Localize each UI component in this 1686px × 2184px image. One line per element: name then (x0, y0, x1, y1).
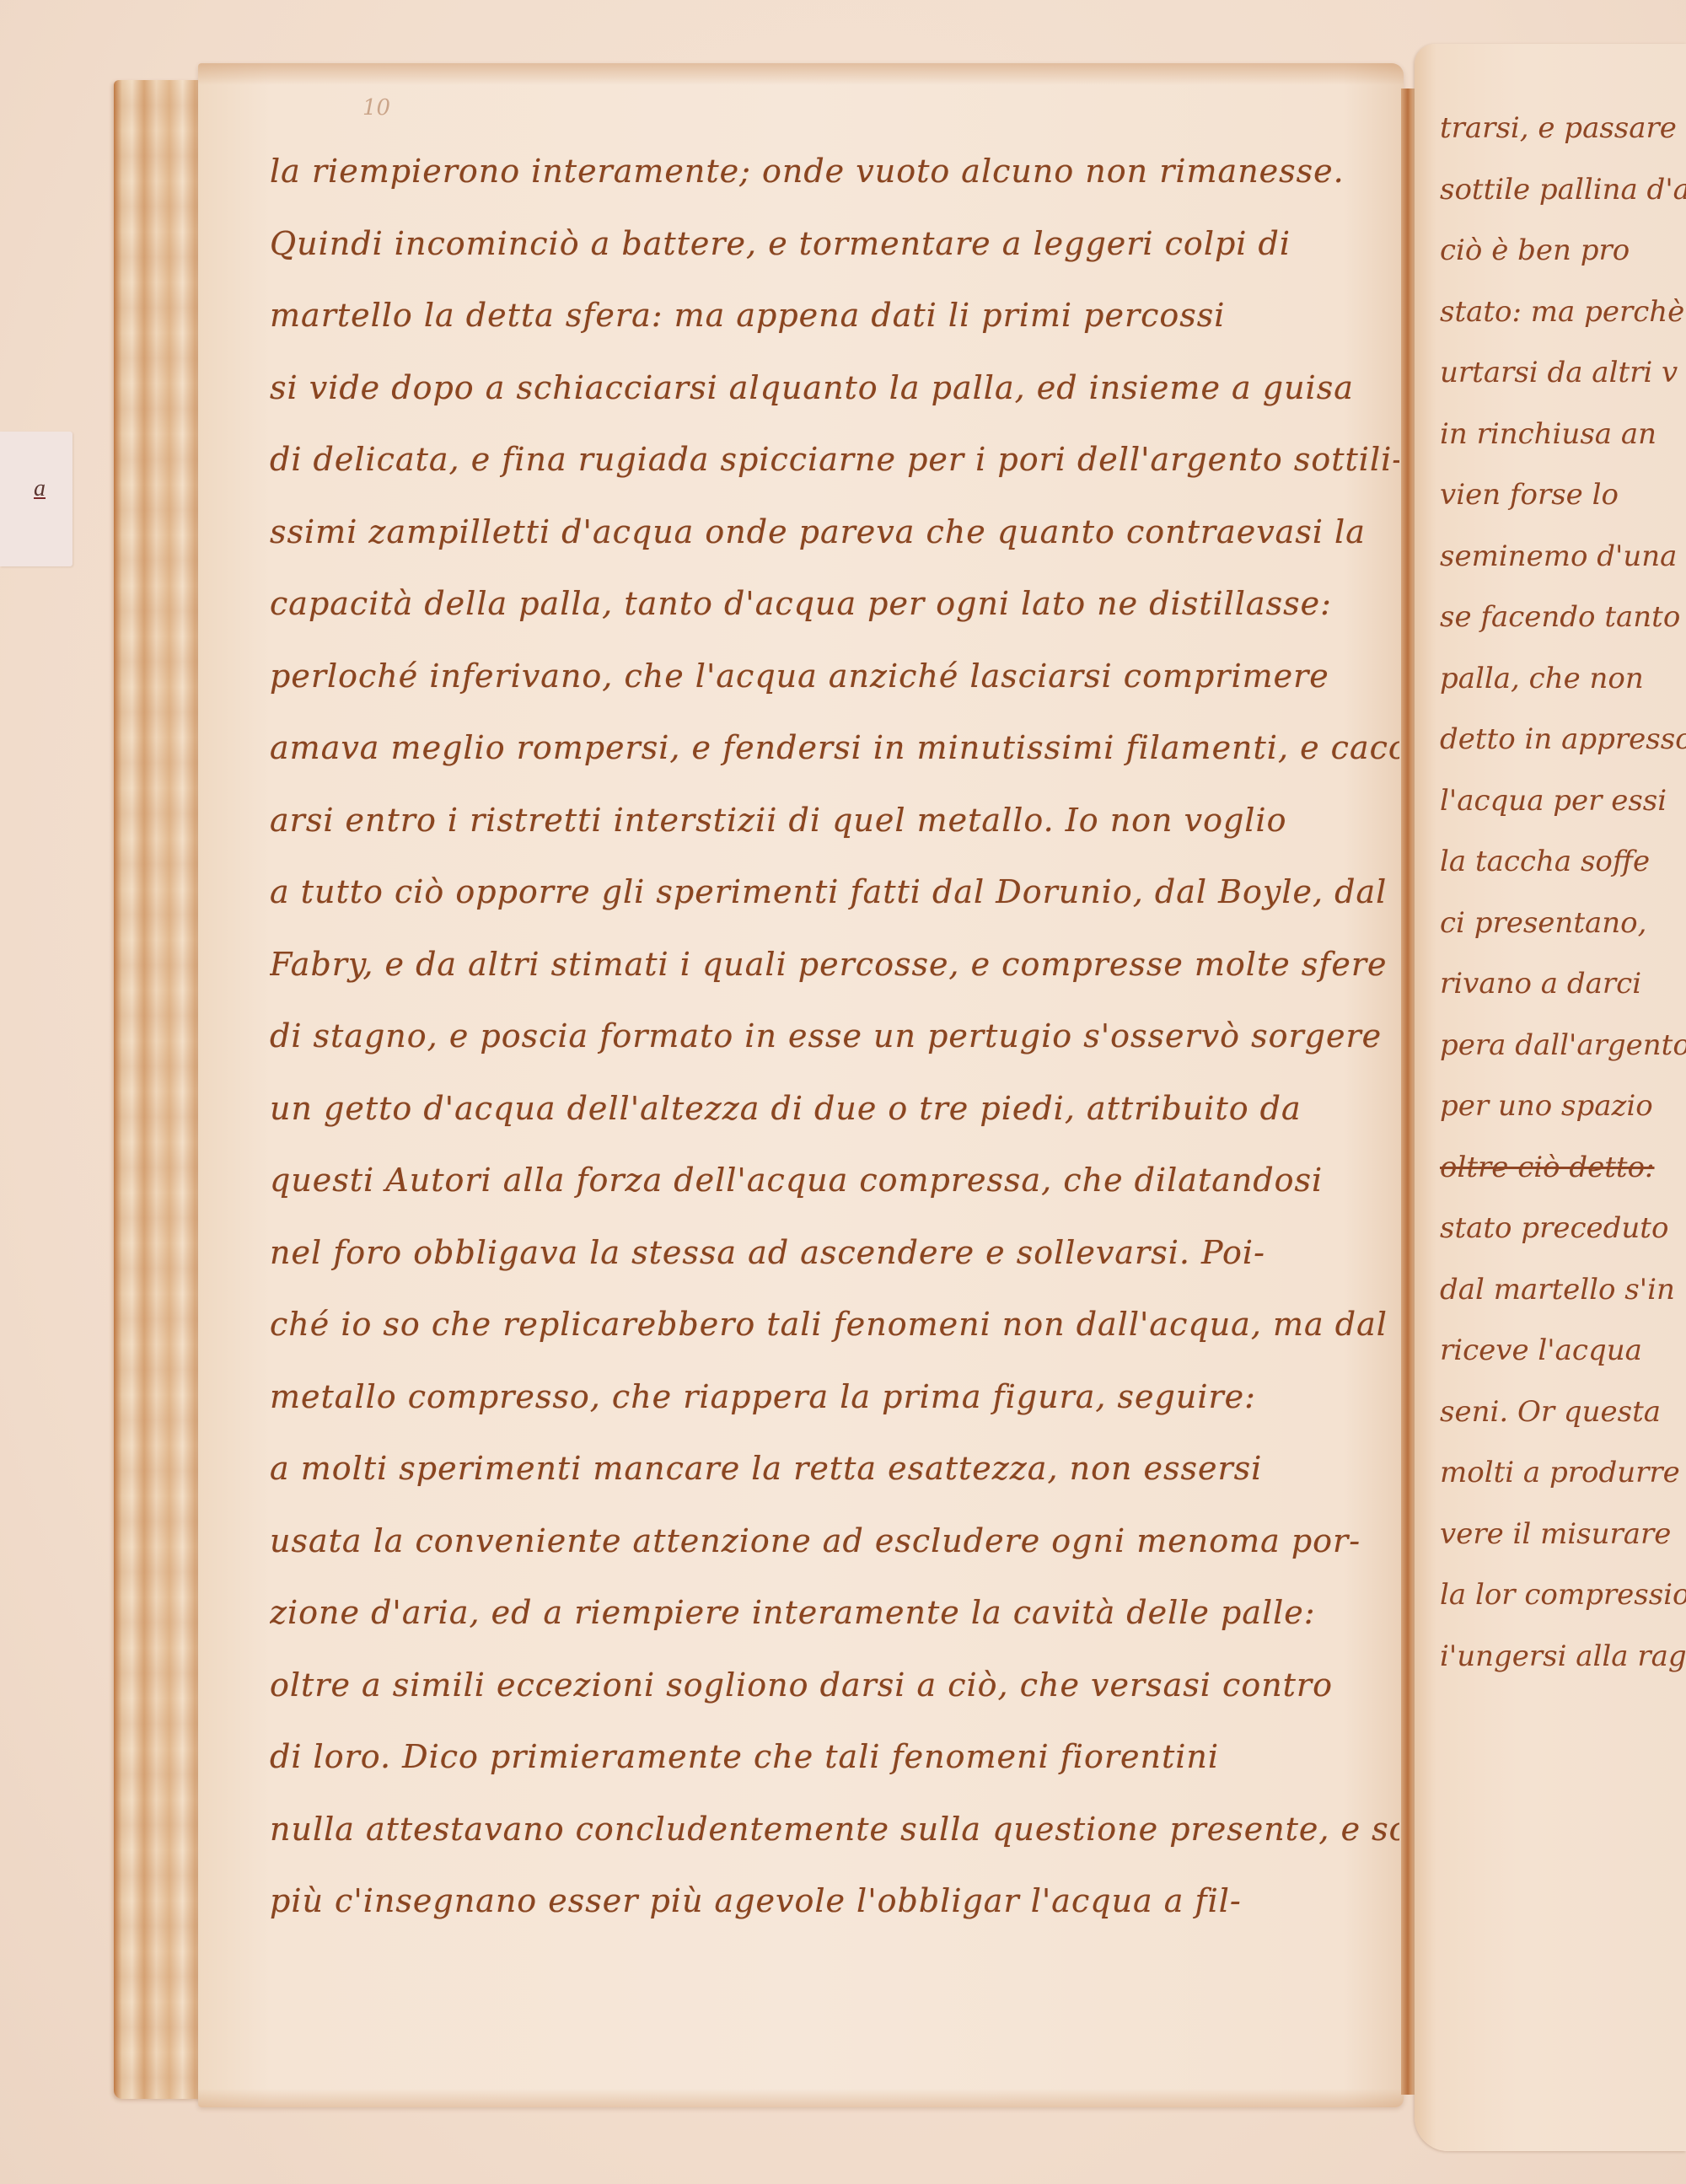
manuscript-line: questi Autori alla forza dell'acqua comp… (270, 1155, 1399, 1227)
manuscript-line: martello la detta sfera: ma appena dati … (270, 290, 1399, 362)
manuscript-line: vere il misurare (1440, 1511, 1686, 1572)
manuscript-line: stato preceduto (1440, 1205, 1686, 1266)
right-page: trarsi, e passare sottile pallina d'arg … (1415, 44, 1686, 2151)
manuscript-line: perloché inferivano, che l'acqua anziché… (270, 651, 1399, 723)
manuscript-line: molti a produrre (1440, 1449, 1686, 1511)
manuscript-line: di stagno, e poscia formato in esse un p… (270, 1011, 1399, 1083)
manuscript-scan: a 10 la riempierono interamente; onde vu… (0, 0, 1686, 2184)
manuscript-line: ssimi zampilletti d'acqua onde pareva ch… (270, 507, 1399, 579)
manuscript-line: urtarsi da altri v (1440, 349, 1686, 411)
left-page: 10 la riempierono interamente; onde vuot… (198, 63, 1404, 2107)
page-number: 10 (362, 95, 390, 121)
manuscript-line: metallo compresso, che riappera la prima… (270, 1371, 1399, 1444)
manuscript-line: ci presentano, (1440, 899, 1686, 961)
manuscript-line: detto in appresso (1440, 716, 1686, 777)
manuscript-line: ché io so che replicarebbero tali fenome… (270, 1299, 1399, 1371)
manuscript-line: per uno spazio (1440, 1082, 1686, 1144)
manuscript-line: la lor compressione (1440, 1571, 1686, 1633)
manuscript-line: i'ungersi alla rag (1440, 1633, 1686, 1694)
manuscript-line: trarsi, e passare (1440, 105, 1686, 166)
struck-through-line: oltre ciò detto: (1440, 1144, 1686, 1205)
manuscript-line: a molti sperimenti mancare la retta esat… (270, 1443, 1399, 1516)
manuscript-line: Fabry, e da altri stimati i quali percos… (270, 939, 1399, 1012)
left-page-text: la riempierono interamente; onde vuoto a… (270, 146, 1399, 1948)
manuscript-line: di loro. Dico primieramente che tali fen… (270, 1731, 1399, 1804)
manuscript-line: amava meglio rompersi, e fendersi in min… (270, 722, 1399, 795)
manuscript-line: pera dall'argento (1440, 1022, 1686, 1083)
manuscript-line: arsi entro i ristretti interstizii di qu… (270, 795, 1399, 867)
manuscript-line: a tutto ciò opporre gli sperimenti fatti… (270, 867, 1399, 939)
manuscript-line: capacità della palla, tanto d'acqua per … (270, 578, 1399, 651)
manuscript-line: ciò è ben pro (1440, 227, 1686, 288)
manuscript-line: seni. Or questa (1440, 1388, 1686, 1450)
catalogue-label: a (0, 432, 72, 566)
manuscript-line: Quindi incominciò a battere, e tormentar… (270, 218, 1399, 291)
manuscript-line: un getto d'acqua dell'altezza di due o t… (270, 1083, 1399, 1156)
manuscript-line: se facendo tanto (1440, 593, 1686, 655)
manuscript-line: riceve l'acqua (1440, 1327, 1686, 1388)
right-page-text: trarsi, e passare sottile pallina d'arg … (1440, 105, 1686, 1693)
manuscript-line: l'acqua per essi (1440, 777, 1686, 839)
manuscript-line: la taccha soffe (1440, 838, 1686, 899)
catalogue-label-text: a (34, 475, 46, 502)
manuscript-line: oltre a simili eccezioni sogliono darsi … (270, 1660, 1399, 1732)
manuscript-line: rivano a darci (1440, 960, 1686, 1022)
manuscript-line: più c'insegnano esser più agevole l'obbl… (270, 1875, 1399, 1948)
manuscript-line: si vide dopo a schiacciarsi alquanto la … (270, 362, 1399, 435)
manuscript-line: palla, che non (1440, 655, 1686, 716)
manuscript-line: seminemo d'una (1440, 533, 1686, 594)
manuscript-line: zione d'aria, ed a riempiere interamente… (270, 1587, 1399, 1660)
manuscript-line: in rinchiusa an (1440, 411, 1686, 472)
manuscript-line: stato: ma perchè (1440, 288, 1686, 350)
manuscript-line: usata la conveniente attenzione ad esclu… (270, 1516, 1399, 1588)
manuscript-line: nulla attestavano concludentemente sulla… (270, 1804, 1399, 1876)
manuscript-line: dal martello s'in (1440, 1266, 1686, 1328)
manuscript-line: la riempierono interamente; onde vuoto a… (270, 146, 1399, 218)
manuscript-line: sottile pallina d'arg (1440, 166, 1686, 228)
manuscript-line: vien forse lo (1440, 471, 1686, 533)
manuscript-line: nel foro obbligava la stessa ad ascender… (270, 1227, 1399, 1300)
manuscript-line: di delicata, e fina rugiada spicciarne p… (270, 434, 1399, 507)
